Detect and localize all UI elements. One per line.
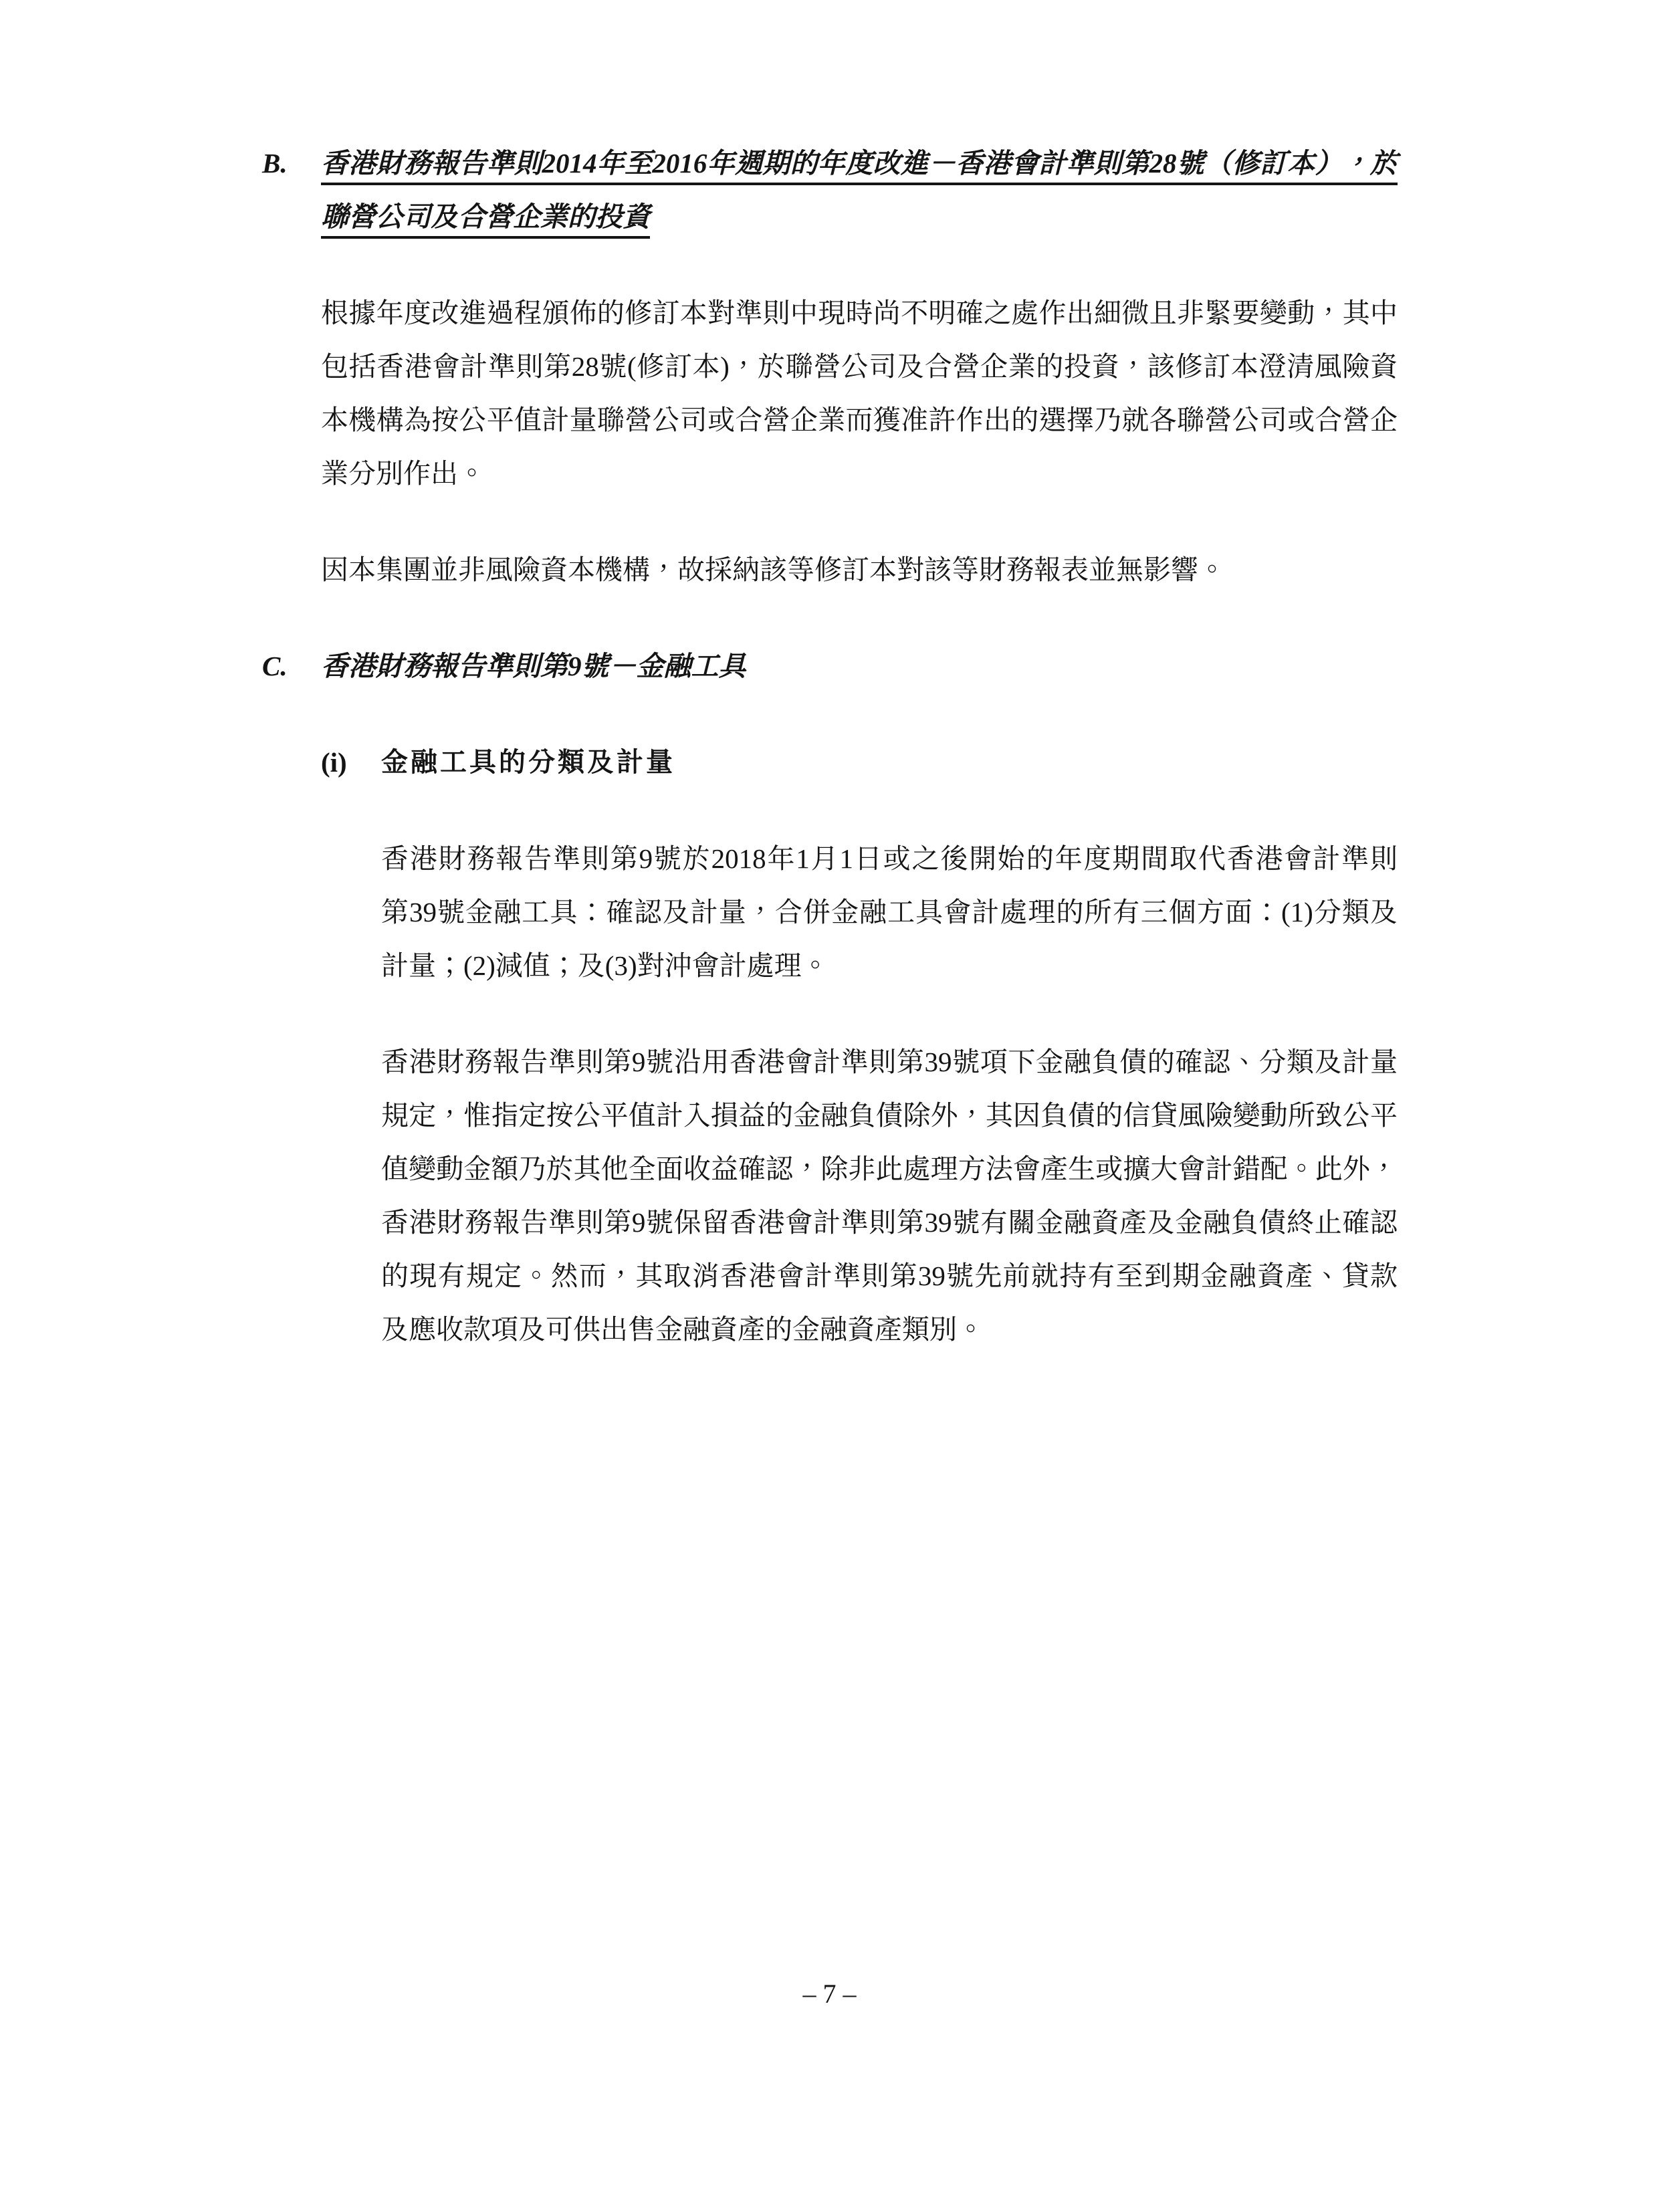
section-c-heading-line1: 香港財務報告準則第9號－金融工具 <box>321 639 1398 693</box>
section-b-paragraph-2: 因本集團並非風險資本機構，故採納該等修訂本對該等財務報表並無影響。 <box>321 543 1398 596</box>
subsection-i-body: 金融工具的分類及計量 香港財務報告準則第9號於2018年1月1日或之後開始的年度… <box>381 736 1398 1356</box>
paragraph-line: 香港財務報告準則第9號於2018年1月1日或之後開始的年度期間取代香港會計準則 <box>381 832 1398 885</box>
section-b-heading-line1: 香港財務報告準則2014年至2016年週期的年度改進－香港會計準則第28號（修訂… <box>321 136 1398 190</box>
section-b-heading-line2-text: 聯營公司及合營企業的投資 <box>321 201 650 232</box>
section-b-heading-line1-text: 香港財務報告準則2014年至2016年週期的年度改進－香港會計準則第28號（修訂… <box>321 148 1398 179</box>
paragraph-line: 業分別作出。 <box>321 447 1398 500</box>
section-c-heading-text: 香港財務報告準則第9號－金融工具 <box>321 651 746 681</box>
section-b-label: B. <box>262 136 321 596</box>
section-b-heading-line2: 聯營公司及合營企業的投資 <box>321 190 1398 243</box>
page-footer: – 7 – <box>0 1978 1659 2010</box>
section-b-body: 香港財務報告準則2014年至2016年週期的年度改進－香港會計準則第28號（修訂… <box>321 136 1398 596</box>
subsection-i: (i) 金融工具的分類及計量 香港財務報告準則第9號於2018年1月1日或之後開… <box>321 736 1398 1356</box>
section-c: C. 香港財務報告準則第9號－金融工具 (i) 金融工具的分類及計量 香港財務報… <box>262 639 1398 1356</box>
paragraph-line: 第39號金融工具：確認及計量，合併金融工具會計處理的所有三個方面：(1)分類及 <box>381 885 1398 939</box>
subsection-i-paragraph-2: 香港財務報告準則第9號沿用香港會計準則第39號項下金融負債的確認、分類及計量 規… <box>381 1035 1398 1356</box>
section-b-heading: 香港財務報告準則2014年至2016年週期的年度改進－香港會計準則第28號（修訂… <box>321 136 1398 243</box>
paragraph-line: 及應收款項及可供出售金融資產的金融資產類別。 <box>381 1303 1398 1356</box>
subsection-i-paragraph-1: 香港財務報告準則第9號於2018年1月1日或之後開始的年度期間取代香港會計準則 … <box>381 832 1398 992</box>
subsection-i-label: (i) <box>321 736 381 1356</box>
section-b: B. 香港財務報告準則2014年至2016年週期的年度改進－香港會計準則第28號… <box>262 136 1398 596</box>
paragraph-line: 根據年度改進過程頒佈的修訂本對準則中現時尚不明確之處作出細微且非緊要變動，其中 <box>321 286 1398 340</box>
section-c-label: C. <box>262 639 321 1356</box>
page-content: B. 香港財務報告準則2014年至2016年週期的年度改進－香港會計準則第28號… <box>0 0 1659 1356</box>
subsection-i-title: 金融工具的分類及計量 <box>381 736 1398 789</box>
paragraph-line: 的現有規定。然而，其取消香港會計準則第39號先前就持有至到期金融資產、貸款 <box>381 1249 1398 1303</box>
paragraph-line: 香港財務報告準則第9號保留香港會計準則第39號有關金融資產及金融負債終止確認 <box>381 1196 1398 1249</box>
paragraph-line: 因本集團並非風險資本機構，故採納該等修訂本對該等財務報表並無影響。 <box>321 543 1398 596</box>
document-page: B. 香港財務報告準則2014年至2016年週期的年度改進－香港會計準則第28號… <box>0 0 1659 2212</box>
paragraph-line: 本機構為按公平值計量聯營公司或合營企業而獲准許作出的選擇乃就各聯營公司或合營企 <box>321 393 1398 447</box>
paragraph-line: 規定，惟指定按公平值計入損益的金融負債除外，其因負債的信貸風險變動所致公平 <box>381 1089 1398 1142</box>
paragraph-line: 香港財務報告準則第9號沿用香港會計準則第39號項下金融負債的確認、分類及計量 <box>381 1035 1398 1089</box>
section-b-paragraph-1: 根據年度改進過程頒佈的修訂本對準則中現時尚不明確之處作出細微且非緊要變動，其中 … <box>321 286 1398 500</box>
section-c-body: 香港財務報告準則第9號－金融工具 (i) 金融工具的分類及計量 香港財務報告準則… <box>321 639 1398 1356</box>
page-number: – 7 – <box>803 1979 857 2009</box>
section-c-heading: 香港財務報告準則第9號－金融工具 <box>321 639 1398 693</box>
paragraph-line: 計量；(2)減值；及(3)對沖會計處理。 <box>381 939 1398 992</box>
paragraph-line: 包括香港會計準則第28號(修訂本)，於聯營公司及合營企業的投資，該修訂本澄清風險… <box>321 340 1398 393</box>
paragraph-line: 值變動金額乃於其他全面收益確認，除非此處理方法會產生或擴大會計錯配。此外， <box>381 1142 1398 1196</box>
